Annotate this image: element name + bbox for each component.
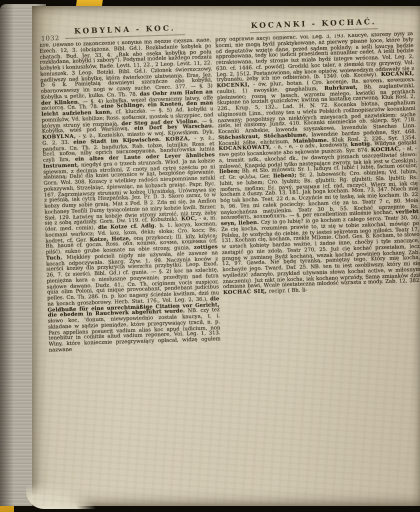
entry-headword: KOCHAĆ SIĘ, — [223, 289, 267, 296]
text-column-right: przy odprawie akcyi odbierać. Vol. Leg. … — [215, 32, 420, 468]
text-segment: Miękkiey pościeli nigdy nie używała, ale… — [46, 250, 219, 307]
page-content-layer: 1032 KOBYLNA - KOC. KOCANKI - KOCHAĆ. Er… — [24, 0, 420, 512]
text-segment: Czy ia go lubię? ia go kocham z całego s… — [221, 215, 420, 290]
text-column-left: Ere. Dawano to zakończenie ( kobyłka ma … — [39, 38, 224, 473]
running-head-left: KOBYLNA - KOC. — [39, 22, 211, 36]
running-head-right: KOCANKI - KOCHAĆ. — [215, 16, 413, 31]
text-segment: recipr. ( Bh. li- — [267, 287, 307, 294]
scanned-dictionary-page: 1032 KOBYLNA - KOC. KOCANKI - KOCHAĆ. Er… — [32, 6, 420, 506]
